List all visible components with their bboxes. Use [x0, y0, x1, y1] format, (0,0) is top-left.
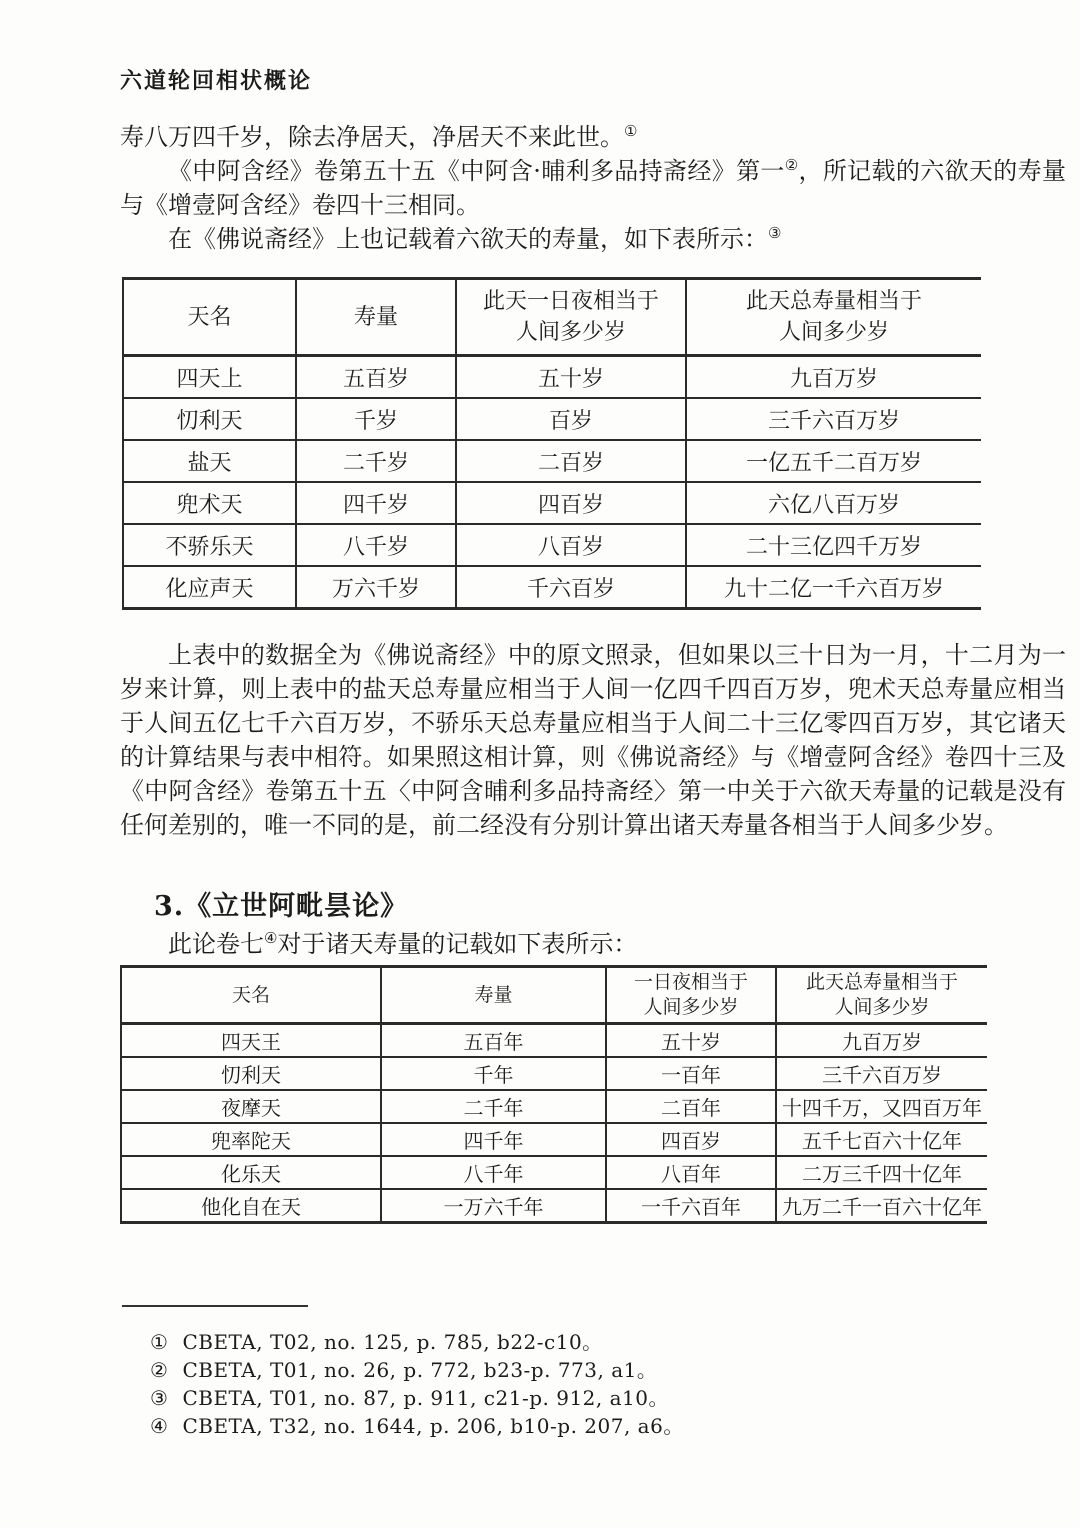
footnote-ref: ①	[624, 122, 637, 140]
header-cell: 一日夜相当于 人间多少岁	[606, 967, 776, 1024]
table-row: 化应声天万六千岁千六百岁九十二亿一千六百万岁	[123, 566, 981, 609]
running-header: 六道轮回相状概论	[120, 64, 312, 95]
footnote-marker: ④	[150, 1412, 168, 1440]
footnote-marker: ①	[150, 1328, 168, 1356]
table-cell: 化应声天	[123, 566, 296, 609]
table-cell: 千六百岁	[456, 566, 686, 609]
table-cell: 兜术天	[123, 482, 296, 524]
table-cell: 五千七百六十亿年	[776, 1123, 987, 1156]
table-cell: 五百年	[381, 1024, 606, 1058]
table-cell: 万六千岁	[296, 566, 456, 609]
intro-paragraphs: 寿八万四千岁，除去净居天，净居天不来此世。①《中阿含经》卷第五十五《中阿含·晡利…	[120, 120, 1066, 256]
header-row: 天名寿量一日夜相当于 人间多少岁此天总寿量相当于 人间多少岁	[121, 967, 987, 1024]
table-cell: 五十岁	[606, 1024, 776, 1058]
table-row: 四天王五百年五十岁九百万岁	[121, 1024, 987, 1058]
text-run: 在《佛说斋经》上也记载着六欲天的寿量，如下表所示：	[168, 225, 768, 253]
table-cell: 兜率陀天	[121, 1123, 381, 1156]
table-cell: 八百岁	[456, 524, 686, 566]
table-cell: 千岁	[296, 398, 456, 440]
table-cell: 一千六百年	[606, 1189, 776, 1223]
table-cell: 三千六百万岁	[686, 398, 981, 440]
table-row: 化乐天八千年八百年二万三千四十亿年	[121, 1156, 987, 1189]
table-cell: 千年	[381, 1057, 606, 1090]
table-cell: 二万三千四十亿年	[776, 1156, 987, 1189]
table-cell: 八百年	[606, 1156, 776, 1189]
section3-heading: 3.《立世阿毗昙论》	[154, 884, 408, 923]
header-row: 天名寿量此天一日夜相当于 人间多少岁此天总寿量相当于 人间多少岁	[123, 279, 981, 356]
table-cell: 十四千万，又四百万年	[776, 1090, 987, 1123]
footnote-item: ④CBETA, T32, no. 1644, p. 206, b10-p. 20…	[150, 1412, 850, 1440]
footnote-text: CBETA, T01, no. 26, p. 772, b23-p. 773, …	[182, 1356, 850, 1384]
table-cell: 三千六百万岁	[776, 1057, 987, 1090]
text-run: 对于诸天寿量的记载如下表所示：	[277, 930, 637, 958]
table-cell: 一万六千年	[381, 1189, 606, 1223]
table-cell: 忉利天	[123, 398, 296, 440]
table-cell: 五十岁	[456, 356, 686, 399]
footnote-text: CBETA, T02, no. 125, p. 785, b22-c10。	[182, 1328, 850, 1356]
table-row: 兜率陀天四千年四百岁五千七百六十亿年	[121, 1123, 987, 1156]
table-cell: 他化自在天	[121, 1189, 381, 1223]
header-cell: 天名	[121, 967, 381, 1024]
footnote-divider	[122, 1305, 308, 1307]
footnotes-list: ①CBETA, T02, no. 125, p. 785, b22-c10。②C…	[150, 1328, 850, 1440]
footnote-ref: ③	[768, 224, 781, 242]
footnote-marker: ②	[150, 1356, 168, 1384]
footnote-item: ③CBETA, T01, no. 87, p. 911, c21-p. 912,…	[150, 1384, 850, 1412]
table-cell: 盐天	[123, 440, 296, 482]
table-cell: 化乐天	[121, 1156, 381, 1189]
header-cell: 寿量	[296, 279, 456, 356]
table-cell: 八千岁	[296, 524, 456, 566]
table-row: 忉利天千年一百年三千六百万岁	[121, 1057, 987, 1090]
section3-intro-sentence: 此论卷七④对于诸天寿量的记载如下表所示：	[120, 927, 1066, 961]
header-cell: 此天总寿量相当于 人间多少岁	[686, 279, 981, 356]
section3-intro-text: 此论卷七④对于诸天寿量的记载如下表所示：	[120, 927, 1066, 961]
text-run: 《中阿含经》卷第五十五《中阿含·晡利多品持斋经》第一	[168, 157, 785, 185]
footnote-item: ①CBETA, T02, no. 125, p. 785, b22-c10。	[150, 1328, 850, 1356]
table-cell: 二千年	[381, 1090, 606, 1123]
table-cell: 夜摩天	[121, 1090, 381, 1123]
table-cell: 四天王	[121, 1024, 381, 1058]
table-row: 不骄乐天八千岁八百岁二十三亿四千万岁	[123, 524, 981, 566]
table-row: 兜术天四千岁四百岁六亿八百万岁	[123, 482, 981, 524]
footnote-ref: ②	[785, 156, 799, 174]
table-cell: 四百岁	[606, 1123, 776, 1156]
table-row: 他化自在天一万六千年一千六百年九万二千一百六十亿年	[121, 1189, 987, 1223]
table-cell: 四天上	[123, 356, 296, 399]
table-cell: 不骄乐天	[123, 524, 296, 566]
table-cell: 百岁	[456, 398, 686, 440]
table-cell: 一百年	[606, 1057, 776, 1090]
table-cell: 八千年	[381, 1156, 606, 1189]
table-cell: 九百万岁	[776, 1024, 987, 1058]
table-row: 忉利天千岁百岁三千六百万岁	[123, 398, 981, 440]
text-run: 此论卷七	[168, 930, 264, 958]
table-cell: 四千年	[381, 1123, 606, 1156]
six-heavens-lifespan-table-foshuozhaijing: 天名寿量此天一日夜相当于 人间多少岁此天总寿量相当于 人间多少岁四天上五百岁五十…	[122, 277, 981, 610]
scanned-book-page: 六道轮回相状概论 寿八万四千岁，除去净居天，净居天不来此世。①《中阿含经》卷第五…	[0, 0, 1080, 1528]
table-cell: 九百万岁	[686, 356, 981, 399]
table-cell: 四百岁	[456, 482, 686, 524]
header-cell: 此天总寿量相当于 人间多少岁	[776, 967, 987, 1024]
table-cell: 二十三亿四千万岁	[686, 524, 981, 566]
table-cell: 二百年	[606, 1090, 776, 1123]
footnote-marker: ③	[150, 1384, 168, 1412]
intro-paragraph-2: 《中阿含经》卷第五十五《中阿含·晡利多品持斋经》第一②，所记载的六欲天的寿量与《…	[120, 154, 1066, 222]
header-cell: 此天一日夜相当于 人间多少岁	[456, 279, 686, 356]
table-row: 夜摩天二千年二百年十四千万，又四百万年	[121, 1090, 987, 1123]
footnote-text: CBETA, T01, no. 87, p. 911, c21-p. 912, …	[182, 1384, 850, 1412]
table-cell: 五百岁	[296, 356, 456, 399]
table-row: 盐天二千岁二百岁一亿五千二百万岁	[123, 440, 981, 482]
table-cell: 二千岁	[296, 440, 456, 482]
table-cell: 二百岁	[456, 440, 686, 482]
footnote-item: ②CBETA, T01, no. 26, p. 772, b23-p. 773,…	[150, 1356, 850, 1384]
intro-paragraph-1: 寿八万四千岁，除去净居天，净居天不来此世。①	[120, 120, 1066, 154]
header-cell: 寿量	[381, 967, 606, 1024]
table-cell: 一亿五千二百万岁	[686, 440, 981, 482]
table-cell: 四千岁	[296, 482, 456, 524]
footnote-ref: ④	[264, 929, 277, 947]
analysis-paragraph: 上表中的数据全为《佛说斋经》中的原文照录，但如果以三十日为一月，十二月为一岁来计…	[120, 638, 1066, 842]
text-run: 寿八万四千岁，除去净居天，净居天不来此世。	[120, 123, 624, 151]
header-cell: 天名	[123, 279, 296, 356]
footnote-text: CBETA, T32, no. 1644, p. 206, b10-p. 207…	[182, 1412, 850, 1440]
table-cell: 九万二千一百六十亿年	[776, 1189, 987, 1223]
table-cell: 九十二亿一千六百万岁	[686, 566, 981, 609]
intro-paragraph-3: 在《佛说斋经》上也记载着六欲天的寿量，如下表所示：③	[120, 222, 1066, 256]
analysis-paragraph-text: 上表中的数据全为《佛说斋经》中的原文照录，但如果以三十日为一月，十二月为一岁来计…	[120, 638, 1066, 842]
table-cell: 忉利天	[121, 1057, 381, 1090]
table-row: 四天上五百岁五十岁九百万岁	[123, 356, 981, 399]
text-run: 上表中的数据全为《佛说斋经》中的原文照录，但如果以三十日为一月，十二月为一岁来计…	[120, 641, 1066, 839]
table-cell: 六亿八百万岁	[686, 482, 981, 524]
heavens-lifespan-table-lishiapitanlun: 天名寿量一日夜相当于 人间多少岁此天总寿量相当于 人间多少岁四天王五百年五十岁九…	[120, 965, 987, 1224]
